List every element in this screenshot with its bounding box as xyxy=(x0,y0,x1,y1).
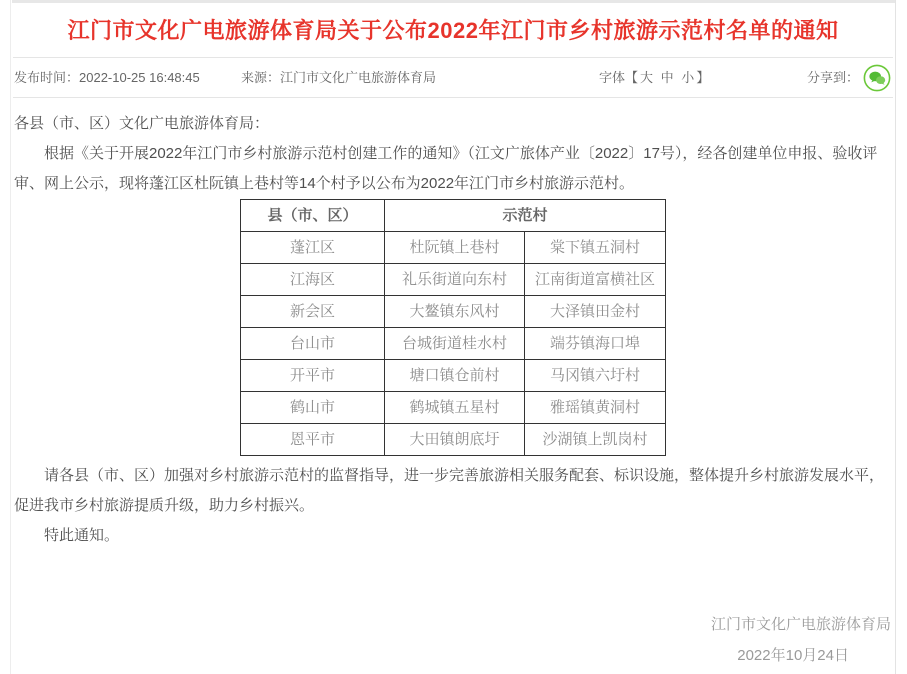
table-row: 开平市 塘口镇仓前村 马冈镇六圩村 xyxy=(240,360,665,392)
header-village: 示范村 xyxy=(384,200,665,232)
meta-bar: 发布时间：2022-10-25 16:48:45 来源：江门市文化广电旅游体育局… xyxy=(11,58,895,97)
table-row: 恩平市 大田镇朗底圩 沙湖镇上凯岗村 xyxy=(240,424,665,456)
village-cell: 端芬镇海口埠 xyxy=(524,328,665,360)
top-strip xyxy=(12,0,895,3)
publish-time-label: 发布时间： xyxy=(14,70,79,85)
paragraph-basis: 根据《关于开展2022年江门市乡村旅游示范村创建工作的通知》（江文广旅体产业〔2… xyxy=(14,139,892,199)
publish-time: 发布时间：2022-10-25 16:48:45 xyxy=(14,58,200,97)
header-district: 县（市、区） xyxy=(240,200,384,232)
page-title: 江门市文化广电旅游体育局关于公布2022年江门市乡村旅游示范村名单的通知 xyxy=(31,16,875,46)
publish-time-value: 2022-10-25 16:48:45 xyxy=(79,70,200,85)
district-cell: 江海区 xyxy=(240,264,384,296)
district-cell: 鹤山市 xyxy=(240,392,384,424)
article-body: 各县（市、区）文化广电旅游体育局： 根据《关于开展2022年江门市乡村旅游示范村… xyxy=(14,97,892,551)
village-cell: 江南街道富横社区 xyxy=(524,264,665,296)
notice-page: 江门市文化广电旅游体育局关于公布2022年江门市乡村旅游示范村名单的通知 发布时… xyxy=(0,0,907,674)
village-cell: 马冈镇六圩村 xyxy=(524,360,665,392)
table-row: 江海区 礼乐街道向东村 江南街道富横社区 xyxy=(240,264,665,296)
district-cell: 开平市 xyxy=(240,360,384,392)
village-cell: 棠下镇五洞村 xyxy=(524,232,665,264)
table-row: 蓬江区 杜阮镇上巷村 棠下镇五洞村 xyxy=(240,232,665,264)
table-row: 台山市 台城街道桂水村 端芬镇海口埠 xyxy=(240,328,665,360)
table-row: 鹤山市 鹤城镇五星村 雅瑶镇黄洞村 xyxy=(240,392,665,424)
village-cell: 杜阮镇上巷村 xyxy=(384,232,524,264)
village-cell: 台城街道桂水村 xyxy=(384,328,524,360)
wechat-share-icon[interactable] xyxy=(863,64,891,92)
district-cell: 蓬江区 xyxy=(240,232,384,264)
village-cell: 塘口镇仓前村 xyxy=(384,360,524,392)
font-size-controls: 字体【大 中 小】 xyxy=(599,58,709,97)
source-label: 来源： xyxy=(241,70,280,85)
demonstration-village-table: 县（市、区） 示范村 蓬江区 杜阮镇上巷村 棠下镇五洞村 江海区 礼乐街道向东村… xyxy=(240,199,666,456)
village-cell: 大田镇朗底圩 xyxy=(384,424,524,456)
village-cell: 大鳌镇东风村 xyxy=(384,296,524,328)
font-controls-prefix: 字体【 xyxy=(599,70,638,85)
article-container: 江门市文化广电旅游体育局关于公布2022年江门市乡村旅游示范村名单的通知 发布时… xyxy=(10,0,896,674)
village-cell: 礼乐街道向东村 xyxy=(384,264,524,296)
source: 来源：江门市文化广电旅游体育局 xyxy=(241,58,436,97)
district-cell: 台山市 xyxy=(240,328,384,360)
font-size-large-button[interactable]: 大 xyxy=(640,70,653,85)
source-value: 江门市文化广电旅游体育局 xyxy=(280,70,436,85)
village-cell: 大泽镇田金村 xyxy=(524,296,665,328)
closing-line: 特此通知。 xyxy=(14,521,892,551)
district-cell: 新会区 xyxy=(240,296,384,328)
font-controls-suffix: 】 xyxy=(696,70,709,85)
village-cell: 沙湖镇上凯岗村 xyxy=(524,424,665,456)
share-label: 分享到： xyxy=(807,58,859,97)
font-size-medium-button[interactable]: 中 xyxy=(661,70,674,85)
village-cell: 鹤城镇五星村 xyxy=(384,392,524,424)
share-controls: 分享到： xyxy=(807,58,891,97)
village-cell: 雅瑶镇黄洞村 xyxy=(524,392,665,424)
table-row: 新会区 大鳌镇东风村 大泽镇田金村 xyxy=(240,296,665,328)
signature-org: 江门市文化广电旅游体育局 xyxy=(711,613,891,634)
table-header-row: 县（市、区） 示范村 xyxy=(240,200,665,232)
district-cell: 恩平市 xyxy=(240,424,384,456)
signature-date: 2022年10月24日 xyxy=(737,644,849,665)
font-size-small-button[interactable]: 小 xyxy=(681,70,694,85)
paragraph-instruction: 请各县（市、区）加强对乡村旅游示范村的监督指导，进一步完善旅游相关服务配套、标识… xyxy=(14,461,892,521)
salutation-line: 各县（市、区）文化广电旅游体育局： xyxy=(14,109,892,139)
